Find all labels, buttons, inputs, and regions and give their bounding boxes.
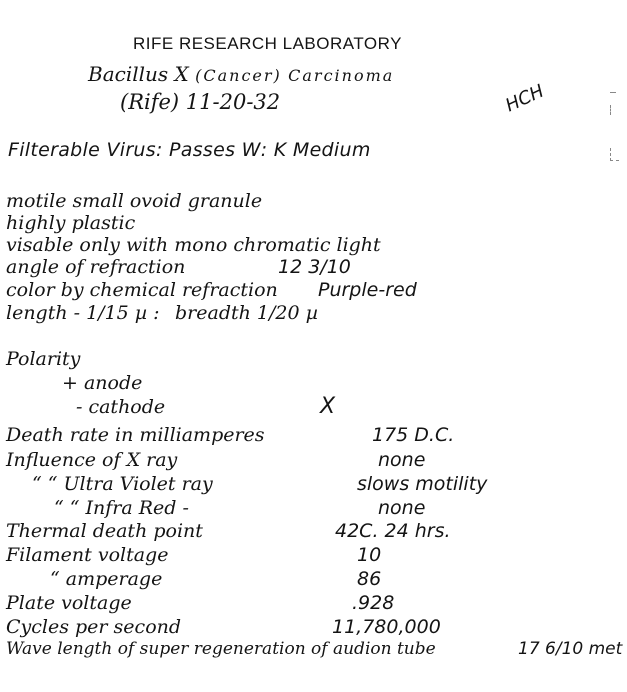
- measurement-value: 11,780,000: [332, 616, 441, 638]
- measurement-label: “ amperage: [50, 568, 162, 590]
- margin-mark: [610, 105, 611, 115]
- property-line: length - 1/15 µ :: [6, 302, 160, 324]
- measurement-label: Cycles per second: [6, 616, 181, 638]
- polarity-cathode: - cathode: [76, 396, 165, 418]
- subject-cancer: (Cancer): [195, 66, 282, 85]
- measurement-label: Thermal death point: [6, 520, 203, 542]
- property-value: Purple-red: [318, 279, 417, 301]
- polarity-label: Polarity: [6, 348, 80, 370]
- margin-mark: [610, 92, 616, 93]
- property-line: highly plastic: [6, 212, 135, 234]
- filterable-virus-line: Filterable Virus: Passes W: K Medium: [8, 139, 371, 161]
- author-date: (Rife) 11-20-32: [120, 90, 280, 114]
- cathode-mark: X: [320, 394, 335, 419]
- initials-signature: HCH: [502, 81, 547, 117]
- measurement-label: Wave length of super regeneration of aud…: [6, 639, 436, 659]
- margin-mark: [610, 148, 619, 161]
- measurement-label: Plate voltage: [6, 592, 132, 614]
- measurement-label: Filament voltage: [6, 544, 168, 566]
- measurement-value: 42C. 24 hrs.: [335, 520, 451, 542]
- property-line: visable only with mono chromatic light: [6, 234, 381, 256]
- measurement-value: 17 6/10 met: [518, 639, 622, 659]
- measurement-value: 86: [357, 568, 381, 590]
- measurement-value: 10: [357, 544, 381, 566]
- polarity-anode: + anode: [62, 372, 142, 394]
- property-line: motile small ovoid granule: [6, 190, 262, 212]
- subject-bacillus: Bacillus X: [88, 62, 189, 86]
- measurement-label: Death rate in milliamperes: [6, 424, 265, 446]
- measurement-label: Influence of X ray: [6, 449, 177, 471]
- document-page: RIFE RESEARCH LABORATORY Bacillus X (Can…: [0, 0, 627, 692]
- measurement-label: “ “ Infra Red -: [54, 497, 189, 519]
- measurement-value: .928: [352, 592, 394, 614]
- measurement-value: 175 D.C.: [372, 424, 454, 446]
- subject-carcinoma: Carcinoma: [288, 66, 394, 85]
- subject-line: Bacillus X (Cancer) Carcinoma: [88, 62, 394, 86]
- measurement-value: none: [378, 497, 425, 519]
- laboratory-heading: RIFE RESEARCH LABORATORY: [133, 34, 402, 54]
- measurement-label: “ “ Ultra Violet ray: [32, 473, 213, 495]
- property-line: color by chemical refraction: [6, 279, 278, 301]
- property-value: breadth 1/20 µ: [175, 302, 318, 324]
- property-value: 12 3/10: [278, 256, 351, 278]
- property-line: angle of refraction: [6, 256, 185, 278]
- measurement-value: slows motility: [357, 473, 487, 495]
- measurement-value: none: [378, 449, 425, 471]
